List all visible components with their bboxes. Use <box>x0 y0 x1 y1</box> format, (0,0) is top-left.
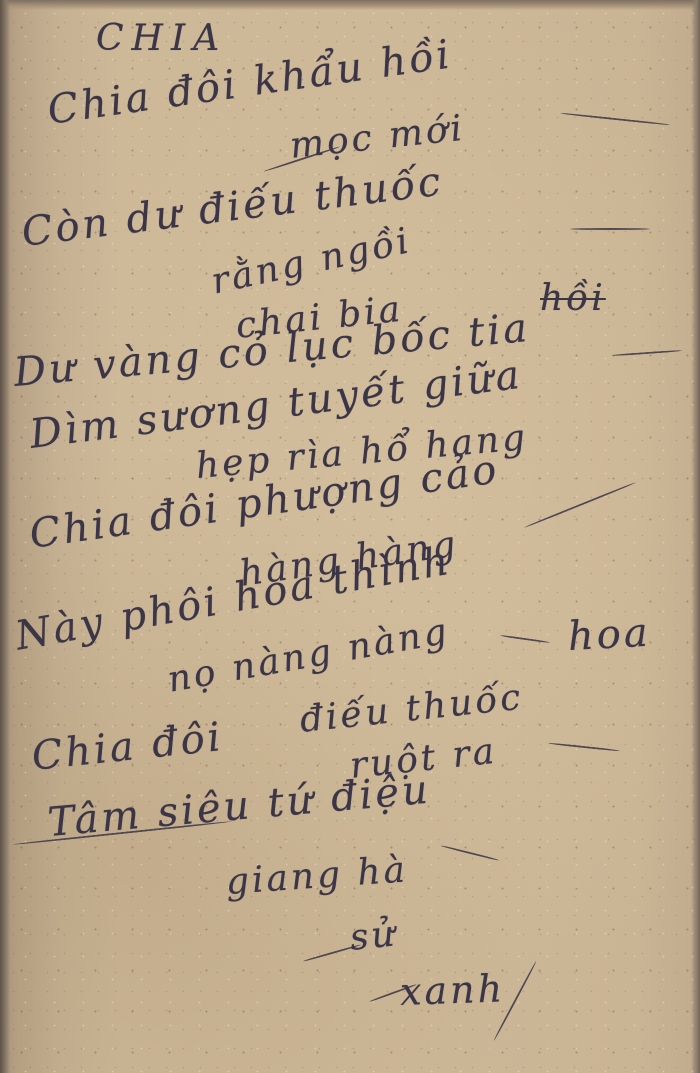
poem-line: sử <box>348 913 400 959</box>
pen-flourish <box>560 112 670 125</box>
poem-line: hoa <box>567 610 652 660</box>
page-top-edge <box>0 0 700 10</box>
poem-line: Chia đôi <box>30 714 226 780</box>
pen-flourish <box>612 350 682 357</box>
pen-flourish <box>570 228 650 230</box>
pen-flourish <box>548 742 620 752</box>
poem-line: giang hà <box>225 849 410 903</box>
page-right-edge <box>692 0 700 1073</box>
manuscript-page: CHIA Chia đôi khẩu hồi mọc mới Còn dư đi… <box>0 0 700 1073</box>
struck-word: hồi <box>540 278 606 319</box>
pen-flourish <box>500 635 550 644</box>
pen-flourish <box>441 845 500 861</box>
book-binding-edge <box>0 0 10 1073</box>
pen-flourish <box>524 482 636 529</box>
author-signature: xanh <box>399 966 506 1014</box>
poem-title: CHIA <box>96 18 227 59</box>
